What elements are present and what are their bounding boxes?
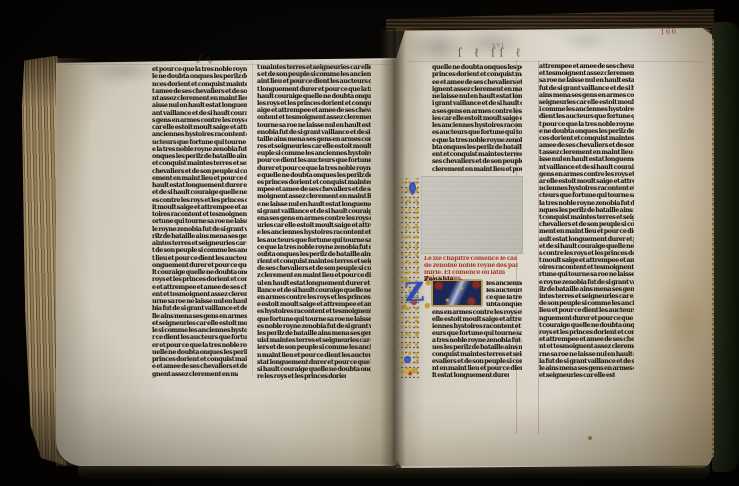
manuscript-text-line: evaliers et de son peuple si comme les a… — [432, 358, 522, 365]
manuscript-text-line: e les anciennes hystoires racontent et t… — [257, 229, 371, 236]
manuscript-text-line: de son peuple si comme les anciennes hys… — [539, 300, 634, 307]
manuscript-text-line: elle estoit moult saige et attrempee et … — [432, 316, 522, 323]
manuscript-text-line: nt vaillance et de si hault couraige que… — [539, 164, 634, 171]
manuscript-text-line: et seigneuries car elle estoit moult sai… — [539, 372, 615, 379]
manuscript-text-line: aint lieu et pour ce dient les aucteurs … — [257, 78, 371, 85]
manuscript-text-line: dient les aucteurs que fortune qui tourn… — [539, 113, 634, 120]
manuscript-text-line: mpee et amee de ses chevaliers et de son… — [257, 186, 371, 193]
manuscript-text-line: e royne zenobia fut de si grant vaillanc… — [539, 279, 634, 286]
manuscript-text-line: oires racontent et tesmoignent assez cle… — [539, 264, 634, 271]
manuscript-text-line: rne sa roe ne laisse nul en hault estat … — [539, 351, 634, 358]
manuscript-text-line: lle ains mena ses gens en armes contre l… — [152, 313, 247, 320]
miniature-vignette — [432, 280, 482, 306]
manuscript-text-line: onques les perilz de bataille ains mena … — [152, 153, 247, 160]
manuscript-text-line: intes terres et seigneuries car elle est… — [539, 293, 634, 300]
border-flower-blue — [409, 182, 416, 193]
manuscript-text-line: enobia fut de si grant vaillance et de s… — [257, 129, 371, 136]
manuscript-text-line: ies car elle estoit moult saige et attre… — [432, 115, 522, 122]
manuscript-text-line: euple si comme les anciennes hystoires r… — [257, 150, 371, 157]
manuscript-text-line: stat longuement durer et pour ce que la … — [257, 359, 371, 366]
manuscript-text-line: et de si hault couraige quelle ne doubta… — [152, 189, 247, 196]
manuscript-text-line: aige et attrempee et amee de ses chevali… — [257, 107, 371, 114]
manuscript-text-line: et tesmoignent assez clerement en maint … — [539, 70, 634, 77]
manuscript-text-line: ent et conquist maintes terres et seigne… — [432, 151, 522, 158]
manuscript-text-line: les aucteurs que fortune qui tourne sa r… — [257, 237, 371, 244]
folio-number: 166 — [660, 27, 678, 37]
gutter-shadow — [380, 30, 406, 466]
manuscript-text-line: es contre les roys et les princes dorien… — [152, 197, 247, 204]
manuscript-text-line: lieu et pour ce dient les aucteurs que f… — [539, 307, 634, 314]
manuscript-text-line: i comme les anciennes hystoires raconten… — [539, 106, 634, 113]
manuscript-text-line: les aucteurs que fortune — [486, 288, 522, 295]
manuscript-text-line: chevaliers et de son peuple si comme les… — [539, 221, 634, 228]
manuscript-text-line: car elle estoit moult saige et attrempee… — [152, 124, 247, 131]
manuscript-text-line: es aucteurs que fortune qui tourne sa ro… — [432, 129, 522, 136]
manuscript-text-line: ce que la tres noble royne zenobia fut d… — [257, 244, 371, 251]
manuscript-text-line: amee de ses chevaliers et de son peuple … — [539, 142, 634, 149]
manuscript-text-line: isse nul en hault estat longuement durer… — [539, 156, 634, 163]
manuscript-text-line: ortune qui tourne sa roe ne laisse nul e… — [152, 218, 247, 225]
manuscript-text-line: e la tres noble royne zenobia fut de si … — [152, 146, 247, 153]
cadel-flourish: ſ ℓ ſſ ℓ — [458, 47, 525, 61]
manuscript-text-line: t pour ce que la tres noble royne zenobi… — [539, 121, 634, 128]
text-column-left-1: et pour ce que la tres noble royne zenob… — [152, 66, 247, 378]
manuscript-text-line: quelle ne doubta onques les perilz de ba… — [432, 64, 522, 71]
manuscript-text-line: nt assez clerement en maint lieu et pour… — [152, 95, 247, 102]
manuscript-text-line: t conquist maintes terres et seigneuries… — [539, 214, 634, 221]
text-column-right-2: attrempee et amee de ses chevaliers et d… — [539, 63, 634, 379]
manuscript-text-line: aintes terres et seigneuries car elle es… — [152, 240, 247, 247]
manuscript-text-line: nt en maint lieu et pour ce dient les au… — [432, 365, 522, 372]
manuscript-text-line: it moult saige et attrempee et amee de s… — [152, 204, 247, 211]
manuscript-text-line: ar elle estoit moult saige et attrempee … — [539, 178, 634, 185]
ruling-line — [252, 62, 253, 376]
manuscript-text-line: taille ains mena ses gens en armes contr… — [257, 136, 371, 143]
manuscript-text-line: onguement durer et pour ce que la tres n… — [152, 262, 247, 269]
manuscript-text-line: ant vaillance et de si hault couraige qu… — [152, 110, 247, 117]
manuscript-text-line: de ses chevaliers et de son peuple si co… — [257, 265, 371, 272]
manuscript-text-line: r ce dient les aucteurs que fortune qui … — [152, 334, 247, 341]
manuscript-text-line: nt et tesmoignent assez clerement en mai… — [539, 343, 634, 350]
manuscript-text-line: e quelle ne doubta onques les perilz de … — [257, 172, 371, 179]
manuscript-text-line: e et attrempee et amee de ses chevaliers… — [152, 284, 247, 291]
text-column-left-2: t maintes terres et seigneuries car elle… — [257, 64, 371, 380]
manuscript-text-line: a tres noble royne zenobia fut de si gra… — [432, 337, 522, 344]
manuscript-text-line: urne sa roe ne laisse nul en hault estat… — [152, 298, 247, 305]
manuscript-text-line: e et amee de ses chevaliers et de son pe… — [152, 363, 247, 370]
manuscript-text-line: ces dorient et conquist maintes terres e… — [539, 135, 634, 142]
manuscript-text-line: uries car elle estoit moult saige et att… — [257, 222, 371, 229]
manuscript-text-line: s et de son peuple si comme les ancienne… — [257, 71, 371, 78]
manuscript-text-line: es noble royne zenobia fut de si grant v… — [257, 323, 371, 330]
manuscript-text-line: si grant vaillance et de si hault courai… — [257, 208, 371, 215]
manuscript-text-line: nces dorient et conquist maintes terres … — [152, 81, 247, 88]
manuscript-text-line: moignent assez clerement en maint lieu e… — [257, 193, 371, 200]
manuscript-text-line: ent et tesmoignent assez clerement en ma… — [152, 291, 247, 298]
manuscript-text-line: uelle ne doubta onques les perilz de bat… — [152, 349, 247, 356]
manuscript-photo: ∫∿ et pour ce que la tres noble royne ze… — [0, 0, 739, 486]
manuscript-text-line: et conquist maintes terres et seigneurie… — [152, 160, 247, 167]
manuscript-text-line: ues les perilz de bataille ains mena ses… — [432, 344, 522, 351]
faint-inscription: xvj — [492, 42, 505, 49]
manuscript-text-line: hault couraige quelle ne doubta onques l… — [257, 93, 371, 100]
manuscript-text-line: les perilz de bataille ains mena ses gen… — [257, 330, 371, 337]
manuscript-text-line: e ne laisse nul en hault estat longuemen… — [257, 201, 371, 208]
manuscript-text-line: ement en maint lieu et pour ce dient les… — [152, 175, 247, 182]
manuscript-text-line: le royne zenobia fut de si grant vaillan… — [152, 226, 247, 233]
manuscript-text-line: e estoit moult saige et attrempee et ame… — [257, 301, 371, 308]
manuscript-text-line: t maintes terres et seigneuries car elle… — [257, 64, 371, 71]
manuscript-text-line: t lieu et pour ce dient les aucteurs que… — [152, 255, 247, 262]
manuscript-text-line: hault estat longuement durer et pour ce … — [152, 182, 247, 189]
manuscript-text-line: princes dorient et conquist maintes terr… — [152, 356, 247, 363]
manuscript-text-line: t assez clerement en maint lieu et pour … — [539, 149, 634, 156]
manuscript-text-line: roys et les princes dorient et conquist … — [152, 276, 247, 283]
manuscript-text-line: e ne doubta onques les perilz de bataill… — [539, 128, 634, 135]
ruling-line — [406, 61, 702, 62]
rubric: Le ixe chapitre comence le cas de zenobi… — [424, 256, 530, 276]
manuscript-text-line: attrempee et amee de ses chevaliers et d… — [539, 63, 634, 70]
manuscript-text-line: les anciennes hystoires — [486, 281, 522, 288]
manuscript-text-line: nguement durer et pour ce que la tres no… — [539, 315, 634, 322]
manuscript-text-line: uist maintes terres et seigneuries car e… — [257, 337, 371, 344]
manuscript-text-line: er et pour ce que la tres noble royne ze… — [152, 342, 247, 349]
text-column-right-1-upper: quelle ne doubta onques les perilz de ba… — [432, 64, 522, 173]
manuscript-text-line: t moult saige et attrempee et amee de se… — [539, 257, 634, 264]
manuscript-text-line: cteurs que fortune qui tourne sa roe ne … — [539, 192, 634, 199]
manuscript-text-line: re les roys et les princes dorient et co… — [257, 373, 346, 380]
manuscript-text-line: iers et de son peuple si comme les ancie… — [257, 344, 371, 351]
manuscript-text-line: conquist maintes terres et seigneuries c… — [432, 351, 522, 358]
manuscript-text-line: anciennes hystoires racontent et tesmoig… — [152, 131, 247, 138]
manuscript-text-line: les roys et les princes dorient et conqu… — [257, 100, 371, 107]
manuscript-text-line: en armes contre les roys et les princes … — [257, 294, 371, 301]
manuscript-text-line: es princes dorient et conquist maintes t… — [257, 179, 371, 186]
manuscript-text-line: llance et de si hault couraige quelle ne… — [257, 287, 371, 294]
manuscript-text-line: i grant vaillance et de si hault couraig… — [432, 100, 522, 107]
manuscript-text-line: princes dorient et conquist maintes terr… — [432, 71, 522, 78]
manuscript-text-line: bia fut de si grant vaillance et de si h… — [152, 305, 247, 312]
initial-letter: Z — [404, 277, 426, 311]
blank-miniature-space — [421, 176, 523, 254]
manuscript-text-line: ce que la tres noble royn — [486, 295, 522, 302]
manuscript-text-line: lt estat longuement durer et pour ce que… — [432, 372, 509, 379]
manuscript-text-line: rilz de bataille ains mena ses gens en a… — [152, 233, 247, 240]
manuscript-text-line: t de son peuple si comme les anciennes h… — [152, 247, 247, 254]
manuscript-text-line: clerement en maint lieu et pour ce dient… — [432, 166, 522, 173]
manuscript-text-line: z clerement en maint lieu et pour ce die… — [257, 272, 371, 279]
manuscript-text-line: n maint lieu et pour ce dient les aucteu… — [257, 352, 371, 359]
manuscript-text-line: rient et conquist maintes terres et seig… — [257, 258, 371, 265]
manuscript-text-line: chevaliers et de son peuple si comme les… — [152, 168, 247, 175]
manuscript-text-line: s contre les roys et les princes dorient… — [539, 250, 634, 257]
manuscript-text-line: que fortune qui tourne sa roe ne laisse … — [257, 316, 371, 323]
manuscript-text-line: fut de si grant vaillance et de si hault… — [539, 85, 634, 92]
manuscript-text-line: les anciennes hystoires racontent et tes… — [432, 122, 522, 129]
manuscript-text-line: tourne sa roe ne laisse nul en hault est… — [257, 122, 371, 129]
manuscript-text-line: ilz de bataille ains mena ses gens en ar… — [539, 286, 634, 293]
manuscript-text-line: nques les perilz de bataille ains mena s… — [539, 207, 634, 214]
book-cover-right — [712, 22, 739, 472]
manuscript-text-line: eurs que fortune qui tourne sa roe ne la… — [432, 330, 522, 337]
manuscript-text-line: roys et les princes dorient et conquist … — [539, 329, 634, 336]
manuscript-text-line: gens en armes contre les roys et les pri… — [539, 171, 634, 178]
manuscript-text-line: le si comme les anciennes hystoires raco… — [152, 327, 247, 334]
manuscript-text-line: ul en hault estat longuement durer et po… — [257, 280, 371, 287]
manuscript-text-line: sa roe ne laisse nul en hault estat long… — [539, 77, 634, 84]
manuscript-text-line: ubta onques les perilz de — [486, 302, 522, 309]
manuscript-text-line: et attrempee et amee de ses chevaliers e… — [539, 336, 634, 343]
manuscript-text-line: t longuement durer et pour ce que la tre… — [257, 86, 371, 93]
manuscript-text-line: si hault couraige quelle ne doubta onque… — [257, 366, 371, 373]
manuscript-text-line: lt couraige quelle ne doubta onques les … — [152, 269, 247, 276]
manuscript-text-line: e que la tres noble royne zenobia fut de… — [432, 137, 522, 144]
manuscript-text-line: aisse nul en hault estat longuement dure… — [152, 102, 247, 109]
manuscript-text-line: ains mena ses gens en armes contre les r… — [539, 92, 634, 99]
manuscript-text-line: ault estat longuement durer et pour ce q… — [539, 236, 634, 243]
manuscript-text-line: et de si hault couraige quelle ne doubta… — [539, 243, 634, 250]
manuscript-text-line: ment en maint lieu et pour ce dient les … — [539, 228, 634, 235]
manuscript-text-line: ena ses gens en armes contre les roys et… — [257, 215, 371, 222]
manuscript-text-line: bta onques les perilz de bataille ains m… — [432, 144, 522, 151]
text-column-right-1-lower: ens en armes contre les roys et les prin… — [432, 309, 522, 379]
manuscript-text-line: ontent et tesmoignent assez clerement en… — [257, 114, 371, 121]
manuscript-text-line: t amee de ses chevaliers et de son peupl… — [152, 88, 247, 95]
manuscript-text-line: et pour ce que la tres noble royne zenob… — [152, 66, 247, 73]
manuscript-text-line: ee et amee de ses chevaliers et de son p… — [432, 79, 522, 86]
manuscript-text-line: ucteurs que fortune qui tourne sa roe ne… — [152, 139, 247, 146]
manuscript-text-line: le ains mena ses gens en armes contre le… — [539, 365, 634, 372]
manuscript-text-line: a ses gens en armes contre les roys et l… — [432, 108, 522, 115]
manuscript-text-line: s gens en armes contre les roys et les p… — [152, 117, 247, 124]
manuscript-text-line: ne laisse nul en hault estat longuement … — [432, 93, 522, 100]
manuscript-text-line: ses chevaliers et de son peuple si comme… — [432, 158, 522, 165]
manuscript-text-line: et seigneuries car elle estoit moult sai… — [152, 320, 247, 327]
manuscript-text-line: rtune qui tourne sa roe ne laisse nul en… — [539, 271, 634, 278]
manuscript-text-line: nciennes hystoires racontent et tesmoign… — [539, 185, 634, 192]
manuscript-text-line: durer et pour ce que la tres noble royne… — [257, 165, 371, 172]
manuscript-text-line: la tres noble royne zenobia fut de si gr… — [539, 200, 634, 207]
manuscript-text-line: seigneuries car elle estoit moult saige … — [539, 99, 634, 106]
manuscript-text-line: oubta onques les perilz de bataille ains… — [257, 251, 371, 258]
manuscript-text-line: ignent assez clerement en maint lieu et … — [432, 86, 522, 93]
manuscript-text-line: toires racontent et tesmoignent assez cl… — [152, 211, 247, 218]
manuscript-text-line: ens en armes contre les roys et les prin… — [432, 309, 522, 316]
manuscript-text-line: iennes hystoires racontent et tesmoignen… — [432, 323, 522, 330]
manuscript-text-line: ia fut de si grant vaillance et de si ha… — [539, 358, 634, 365]
manuscript-text-line: es hystoires racontent et tesmoignent as… — [257, 308, 371, 315]
rubric-line: de zenobie noble royne des pal — [424, 263, 530, 270]
manuscript-text-line: t couraige quelle ne doubta onques les p… — [539, 322, 634, 329]
manuscript-text-line: le ne doubta onques les perilz de batail… — [152, 73, 247, 80]
manuscript-text-line: gnent assez clerement en maint lieu et p… — [152, 371, 238, 378]
rubric-line: Le ixe chapitre comence le cas — [424, 256, 530, 263]
manuscript-text-line: res et seigneuries car elle estoit moult… — [257, 143, 371, 150]
text-column-right-1-beside-miniature: les anciennes hystoires les aucteurs que… — [486, 281, 522, 309]
manuscript-text-line: pour ce dient les aucteurs que fortune q… — [257, 157, 371, 164]
